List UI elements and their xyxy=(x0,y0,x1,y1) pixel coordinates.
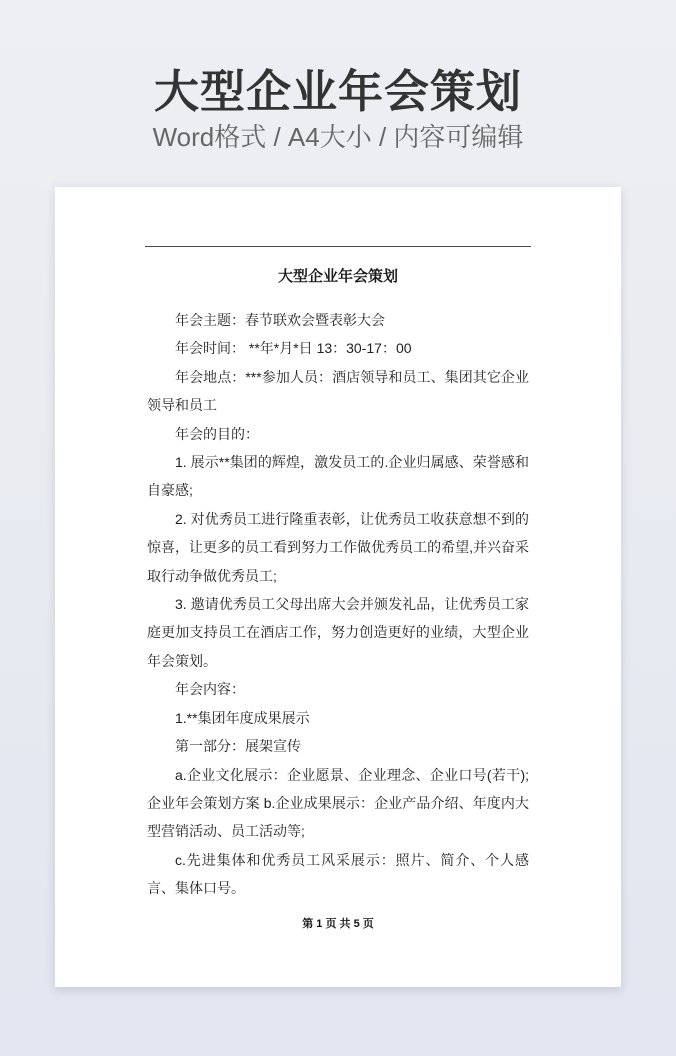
paragraph: 年会时间： **年*月*日 13：30-17：00 xyxy=(147,334,529,362)
document-title: 大型企业年会策划 xyxy=(55,268,621,286)
paragraph: 第一部分：展架宣传 xyxy=(147,732,529,760)
banner-title: 大型企业年会策划 xyxy=(0,68,676,116)
preview-background: 大型企业年会策划 Word格式 / A4大小 / 内容可编辑 大型企业年会策划 … xyxy=(0,0,676,1056)
paragraph: 1.**集团年度成果展示 xyxy=(147,704,529,732)
paragraph: 1. 展示**集团的辉煌，激发员工的.企业归属感、荣誉感和自豪感; xyxy=(147,448,529,505)
paragraph: 年会地点：***参加人员：酒店领导和员工、集团其它企业领导和员工 xyxy=(147,363,529,420)
paragraph: 年会主题：春节联欢会暨表彰大会 xyxy=(147,306,529,334)
paragraph: 年会的目的： xyxy=(147,420,529,448)
document-body: 年会主题：春节联欢会暨表彰大会 年会时间： **年*月*日 13：30-17：0… xyxy=(147,306,529,903)
paragraph: c.先进集体和优秀员工风采展示：照片、简介、个人感言、集体口号。 xyxy=(147,846,529,903)
header-rule-divider xyxy=(145,246,531,247)
document-page: 大型企业年会策划 年会主题：春节联欢会暨表彰大会 年会时间： **年*月*日 1… xyxy=(55,187,621,987)
paragraph: 2. 对优秀员工进行隆重表彰，让优秀员工收获意想不到的惊喜，让更多的员工看到努力… xyxy=(147,505,529,590)
paragraph: 年会内容： xyxy=(147,675,529,703)
page-footer: 第 1 页 共 5 页 xyxy=(55,915,621,931)
paragraph: a.企业文化展示：企业愿景、企业理念、企业口号(若干);企业年会策划方案 b.企… xyxy=(147,761,529,846)
banner-subtitle: Word格式 / A4大小 / 内容可编辑 xyxy=(0,122,676,152)
paragraph: 3. 邀请优秀员工父母出席大会并颁发礼品，让优秀员工家庭更加支持员工在酒店工作，… xyxy=(147,590,529,675)
